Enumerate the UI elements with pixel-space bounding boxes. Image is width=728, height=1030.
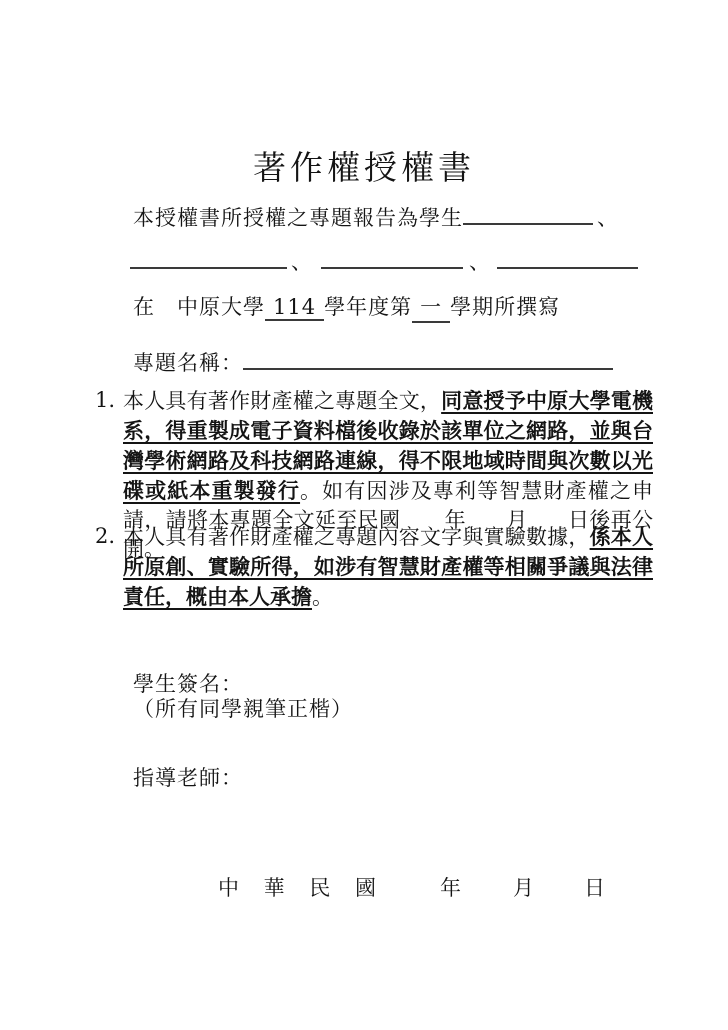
- footer-month-label: 月: [513, 876, 534, 900]
- clause-2-normal-tail: 。: [312, 585, 333, 609]
- list-separator: 、: [597, 202, 619, 232]
- semester-suffix: 學期所撰寫: [450, 295, 560, 319]
- academic-year-line: 在中原大學114學年度第一學期所撰寫: [133, 291, 560, 323]
- students-intro-text: 本授權書所授權之專題報告為學生: [133, 206, 463, 230]
- student-signature-block: 學生簽名： （所有同學親筆正楷）: [133, 672, 353, 722]
- student-name-blank-3: [321, 247, 463, 269]
- student-name-blank-4: [497, 247, 638, 269]
- clause-2-number: 2.: [95, 522, 123, 612]
- student-signature-label: 學生簽名：: [133, 672, 353, 697]
- project-title-label: 專題名稱：: [133, 351, 243, 375]
- authorization-document-page: 著作權授權書 本授權書所授權之專題報告為學生、 、、 在中原大學114學年度第一…: [0, 0, 728, 1030]
- date-footer: 中 華 民 國年月日: [218, 872, 605, 902]
- list-separator: 、: [291, 246, 313, 276]
- semester-value: 一: [412, 291, 450, 323]
- list-separator: 、: [469, 246, 491, 276]
- project-title-blank: [243, 348, 613, 370]
- student-name-blank-2: [130, 247, 287, 269]
- clause-2: 2. 本人具有著作財產權之專題內容文字與實驗數據，係本人所原創、實驗所得，如涉有…: [95, 522, 653, 612]
- roc-era-text: 中 華 民 國: [218, 876, 385, 900]
- student-name-blank-1: [463, 203, 593, 225]
- clause-2-normal-lead: 本人具有著作財產權之專題內容文字與實驗數據，: [123, 525, 590, 549]
- students-intro-line: 本授權書所授權之專題報告為學生、: [133, 202, 623, 232]
- clause-1-normal-lead: 本人具有著作財產權之專題全文，: [123, 389, 441, 413]
- university-name: 中原大學: [177, 295, 265, 319]
- student-signature-note: （所有同學親筆正楷）: [133, 697, 353, 722]
- footer-year-label: 年: [440, 876, 461, 900]
- project-title-line: 專題名稱：: [133, 347, 613, 377]
- advisor-label: 指導老師：: [133, 766, 243, 790]
- clause-2-text: 本人具有著作財產權之專題內容文字與實驗數據，係本人所原創、實驗所得，如涉有智慧財…: [123, 522, 653, 612]
- students-blanks-line: 、、: [130, 246, 638, 276]
- academic-year-value: 114: [265, 295, 324, 321]
- footer-day-label: 日: [584, 876, 605, 900]
- written-at-text: 在: [133, 295, 155, 319]
- academic-year-suffix: 學年度第: [324, 295, 412, 319]
- advisor-signature-block: 指導老師：: [133, 762, 243, 792]
- document-title: 著作權授權書: [0, 142, 728, 189]
